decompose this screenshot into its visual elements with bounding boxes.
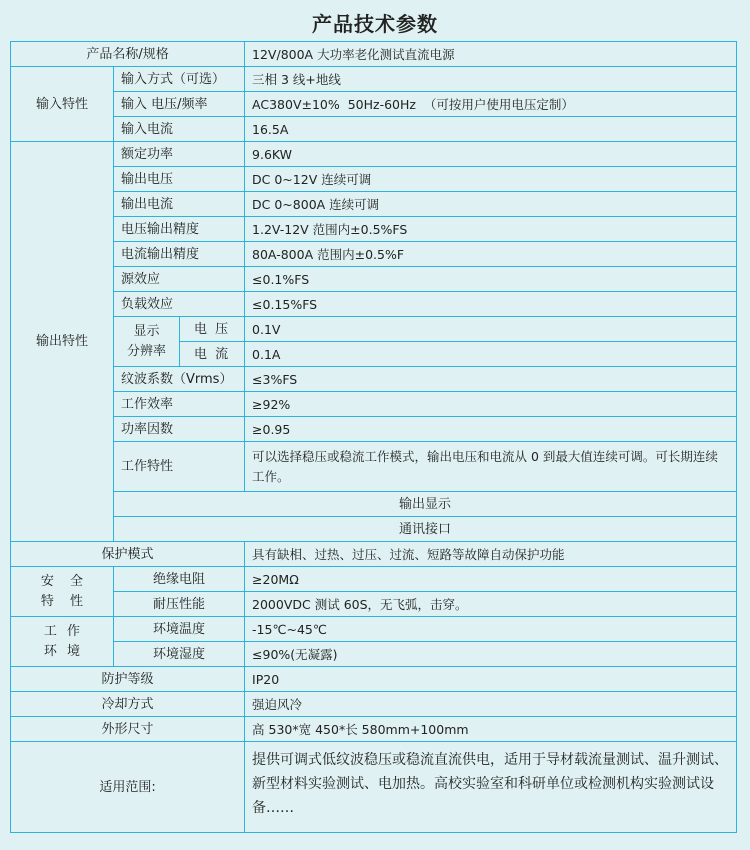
group-input: 输入特性 [11, 67, 114, 142]
display-resolution-line1: 显示 [133, 324, 159, 339]
value-insulation: ≥20MΩ [245, 567, 737, 592]
table-row: 工作特性 可以选择稳压或稳流工作模式，输出电压和电流从 0 到最大值连续可调。可… [11, 442, 737, 492]
value-voltage-accuracy: 1.2V-12V 范围内±0.5%FS [245, 217, 737, 242]
group-safety: 安 全 特 性 [11, 567, 114, 617]
label-ambient-humidity: 环境湿度 [114, 642, 245, 667]
label-protection-grade: 防护等级 [11, 667, 245, 692]
value-product-name: 12V/800A 大功率老化测试直流电源 [245, 42, 737, 67]
page-title: 产品技术参数 [0, 8, 750, 37]
value-withstand-voltage: 2000VDC 测试 60S，无飞弧，击穿。 [245, 592, 737, 617]
table-row: 纹波系数（Vrms） ≤3%FS [11, 367, 737, 392]
table-row: 工 作 环 境 环境温度 -15℃~45℃ [11, 617, 737, 642]
value-efficiency: ≥92% [245, 392, 737, 417]
label-ambient-temperature: 环境温度 [114, 617, 245, 642]
table-row: 防护等级 IP20 [11, 667, 737, 692]
value-working-feature: 可以选择稳压或稳流工作模式，输出电压和电流从 0 到最大值连续可调。可长期连续工… [245, 442, 737, 492]
table-row: 电流输出精度 80A-800A 范围内±0.5%F [11, 242, 737, 267]
table-row: 输出电流 DC 0~800A 连续可调 [11, 192, 737, 217]
value-power-factor: ≥0.95 [245, 417, 737, 442]
value-protection-mode: 具有缺相、过热、过压、过流、短路等故障自动保护功能 [245, 542, 737, 567]
value-resolution-current: 0.1A [245, 342, 737, 367]
label-rated-power: 额定功率 [114, 142, 245, 167]
spec-table: 产品名称/规格 12V/800A 大功率老化测试直流电源 输入特性 输入方式（可… [10, 41, 737, 833]
label-input-current: 输入电流 [114, 117, 245, 142]
label-voltage-accuracy: 电压输出精度 [114, 217, 245, 242]
table-row: 耐压性能 2000VDC 测试 60S，无飞弧，击穿。 [11, 592, 737, 617]
group-environment-text: 工 作 环 境 [44, 622, 80, 662]
value-cooling: 强迫风冷 [245, 692, 737, 717]
label-source-effect: 源效应 [114, 267, 245, 292]
table-row: 源效应 ≤0.1%FS [11, 267, 737, 292]
label-protection-mode: 保护模式 [11, 542, 245, 567]
table-row: 外形尺寸 高 530*宽 450*长 580mm+100mm [11, 717, 737, 742]
table-row: 电压输出精度 1.2V-12V 范围内±0.5%FS [11, 217, 737, 242]
label-output-display: 输出显示 [114, 492, 737, 517]
table-row: 产品名称/规格 12V/800A 大功率老化测试直流电源 [11, 42, 737, 67]
label-efficiency: 工作效率 [114, 392, 245, 417]
label-load-effect: 负载效应 [114, 292, 245, 317]
value-input-voltage: AC380V±10% 50Hz-60Hz （可按用户使用电压定制） [245, 92, 737, 117]
value-dimensions: 高 530*宽 450*长 580mm+100mm [245, 717, 737, 742]
label-cooling: 冷却方式 [11, 692, 245, 717]
table-row: 工作效率 ≥92% [11, 392, 737, 417]
label-output-voltage: 输出电压 [114, 167, 245, 192]
group-safety-text: 安 全 特 性 [41, 572, 83, 612]
table-row: 输出电压 DC 0~12V 连续可调 [11, 167, 737, 192]
value-input-current: 16.5A [245, 117, 737, 142]
table-row: 输入特性 输入方式（可选） 三相 3 线+地线 [11, 67, 737, 92]
label-resolution-current: 电 流 [180, 342, 245, 367]
table-row: 冷却方式 强迫风冷 [11, 692, 737, 717]
label-working-feature: 工作特性 [114, 442, 245, 492]
value-ambient-temperature: -15℃~45℃ [245, 617, 737, 642]
value-output-current: DC 0~800A 连续可调 [245, 192, 737, 217]
table-row: 负载效应 ≤0.15%FS [11, 292, 737, 317]
label-output-current: 输出电流 [114, 192, 245, 217]
label-application: 适用范围: [11, 742, 245, 833]
label-insulation: 绝缘电阻 [114, 567, 245, 592]
value-application: 提供可调式低纹波稳压或稳流直流供电，适用于导材载流量测试、温升测试、新型材料实验… [245, 742, 737, 833]
value-ripple: ≤3%FS [245, 367, 737, 392]
group-safety-line2: 特 性 [41, 594, 83, 609]
table-row: 环境湿度 ≤90%(无凝露) [11, 642, 737, 667]
value-protection-grade: IP20 [245, 667, 737, 692]
table-row: 适用范围: 提供可调式低纹波稳压或稳流直流供电，适用于导材载流量测试、温升测试、… [11, 742, 737, 833]
value-current-accuracy: 80A-800A 范围内±0.5%F [245, 242, 737, 267]
group-safety-line1: 安 全 [41, 574, 83, 589]
value-input-mode: 三相 3 线+地线 [245, 67, 737, 92]
table-row: 输入 电压/频率 AC380V±10% 50Hz-60Hz （可按用户使用电压定… [11, 92, 737, 117]
group-environment: 工 作 环 境 [11, 617, 114, 667]
table-row: 输出显示 输出电压、电流 LED 数字显示。 [11, 492, 737, 517]
label-resolution-voltage: 电 压 [180, 317, 245, 342]
label-comm-interface: 通讯接口 [114, 517, 737, 542]
table-row: 保护模式 具有缺相、过热、过压、过流、短路等故障自动保护功能 [11, 542, 737, 567]
table-row: 显示 分辨率 电 压 0.1V [11, 317, 737, 342]
label-ripple: 纹波系数（Vrms） [114, 367, 245, 392]
table-row: 输出特性 额定功率 9.6KW [11, 142, 737, 167]
group-environment-line1: 工 作 [44, 624, 80, 639]
table-row: 通讯接口 PLC 远程控制接口（0-5V、0-10V、4-20mA 可按需定制） [11, 517, 737, 542]
value-rated-power: 9.6KW [245, 142, 737, 167]
value-source-effect: ≤0.1%FS [245, 267, 737, 292]
group-output: 输出特性 [11, 142, 114, 542]
value-output-voltage: DC 0~12V 连续可调 [245, 167, 737, 192]
label-input-mode: 输入方式（可选） [114, 67, 245, 92]
label-display-resolution: 显示 分辨率 [114, 317, 180, 367]
value-resolution-voltage: 0.1V [245, 317, 737, 342]
group-environment-line2: 环 境 [44, 644, 80, 659]
table-row: 安 全 特 性 绝缘电阻 ≥20MΩ [11, 567, 737, 592]
label-input-voltage: 输入 电压/频率 [114, 92, 245, 117]
label-product-name: 产品名称/规格 [11, 42, 245, 67]
value-load-effect: ≤0.15%FS [245, 292, 737, 317]
label-power-factor: 功率因数 [114, 417, 245, 442]
display-resolution-line2: 分辨率 [127, 344, 166, 359]
value-ambient-humidity: ≤90%(无凝露) [245, 642, 737, 667]
label-withstand-voltage: 耐压性能 [114, 592, 245, 617]
label-current-accuracy: 电流输出精度 [114, 242, 245, 267]
table-row: 输入电流 16.5A [11, 117, 737, 142]
label-dimensions: 外形尺寸 [11, 717, 245, 742]
display-resolution-text: 显示 分辨率 [127, 322, 166, 362]
table-row: 功率因数 ≥0.95 [11, 417, 737, 442]
